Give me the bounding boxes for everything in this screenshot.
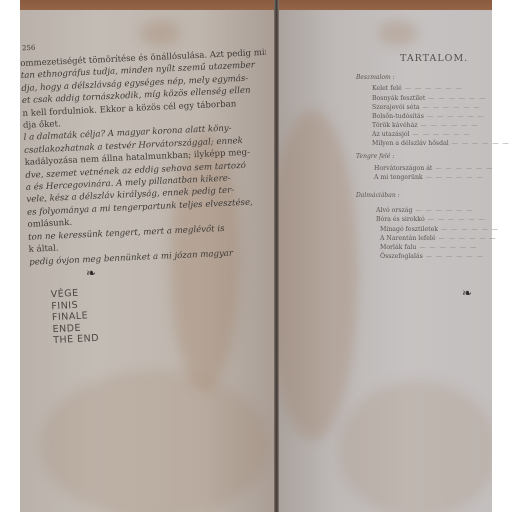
toc-entry-label: Morlák falu — [380, 244, 416, 251]
water-stain — [140, 20, 180, 46]
toc-entry: Kelet felé — — — — — — — [372, 85, 463, 92]
toc-entry: A mi tengerünk — — — — — — — [374, 174, 484, 181]
open-book-photo: 256 ommezetiségét tömörítése és önállósu… — [0, 0, 512, 512]
leader-dots: — — — — — — — [432, 165, 493, 172]
toc-entry-label: Alvó ország — [376, 207, 412, 214]
leader-dots: — — — — — — — [423, 174, 484, 181]
toc-entry-label: Bóra és sirokkó — [376, 216, 425, 223]
ornament-icon: ❧ — [462, 286, 472, 300]
leader-dots: — — — — — — — [418, 122, 479, 129]
toc-entry-label: A Narentán lefelé — [380, 235, 436, 242]
book-gutter — [274, 0, 279, 512]
body-text: ommezetiségét tömörítése és önállósulása… — [20, 47, 275, 269]
toc-entry-label: Bosnyák fesztilet — [372, 95, 425, 102]
toc-entry-label: Szerajevói séta — [372, 104, 420, 111]
toc-entry-label: Bolsőn-tudósítás — [372, 113, 424, 120]
leader-dots: — — — — — — — [449, 140, 510, 147]
leader-dots: — — — — — — — [420, 104, 481, 111]
water-stain — [338, 380, 492, 512]
ornament-icon: ❧ — [86, 266, 96, 280]
toc-entry-label: Milyen a délszláv hősdal — [372, 140, 449, 147]
toc-entry: Bóra és sirokkó — — — — — — — [376, 216, 486, 223]
toc-entry-label: Az utazásjól — [372, 131, 410, 138]
toc-entry: Alvó ország — — — — — — — [376, 207, 473, 214]
toc-entry: Szerajevói séta — — — — — — — [372, 104, 481, 111]
left-page: 256 ommezetiségét tömörítése és önállósu… — [20, 10, 276, 512]
leader-dots: — — — — — — — [425, 216, 486, 223]
toc-entry: Bolsőn-tudósítás — — — — — — — [372, 113, 485, 120]
page-number: 256 — [22, 44, 36, 52]
handwritten-note: VÉGEFINISFINALEENDETHE END — [51, 287, 100, 347]
leader-dots: — — — — — — — [423, 253, 484, 260]
leader-dots: — — — — — — — [402, 85, 463, 92]
toc-section-heading: Beszmalom : — [356, 74, 395, 81]
toc-entry: Bosnyák fesztilet — — — — — — — [372, 95, 486, 102]
water-stain — [378, 20, 418, 46]
leader-dots: — — — — — — — [436, 235, 497, 242]
leader-dots: — — — — — — — [424, 113, 485, 120]
toc-title: TARTALOM. — [400, 53, 468, 64]
water-stain — [40, 370, 270, 512]
toc-entry: Összefoglalás — — — — — — — [380, 253, 484, 260]
toc-entry-label: A mi tengerünk — [374, 174, 423, 181]
toc-entry-label: Kelet felé — [372, 85, 402, 92]
handwritten-line: THE END — [53, 333, 99, 347]
leader-dots: — — — — — — — [410, 131, 471, 138]
toc-entry: Az utazásjól — — — — — — — [372, 131, 471, 138]
toc-entry: Morlák falu — — — — — — — [380, 244, 477, 251]
toc-entry: Horvátországon át — — — — — — — [374, 165, 493, 172]
leader-dots: — — — — — — — [425, 95, 486, 102]
toc-entry-label: Török kávéház — [372, 122, 418, 129]
toc-entry: Török kávéház — — — — — — — [372, 122, 478, 129]
water-stain — [278, 110, 358, 440]
toc-entry: Milyen a délszláv hősdal — — — — — — — [372, 140, 510, 147]
toc-entry: A Narentán lefelé — — — — — — — [380, 235, 496, 242]
leader-dots: — — — — — — — [412, 207, 473, 214]
leader-dots: — — — — — — — [416, 244, 477, 251]
toc-entry-label: Összefoglalás — [380, 253, 423, 260]
leader-dots: — — — — — — — [438, 226, 499, 233]
toc-entry-label: Minagó fesztiletek — [380, 226, 438, 233]
toc-entry: Minagó fesztiletek — — — — — — — [380, 226, 499, 233]
toc-section-heading: Tengre felé : — [356, 153, 394, 160]
toc-section-heading: Dalmáciában : — [356, 192, 400, 199]
toc-entry-label: Horvátországon át — [374, 165, 432, 172]
